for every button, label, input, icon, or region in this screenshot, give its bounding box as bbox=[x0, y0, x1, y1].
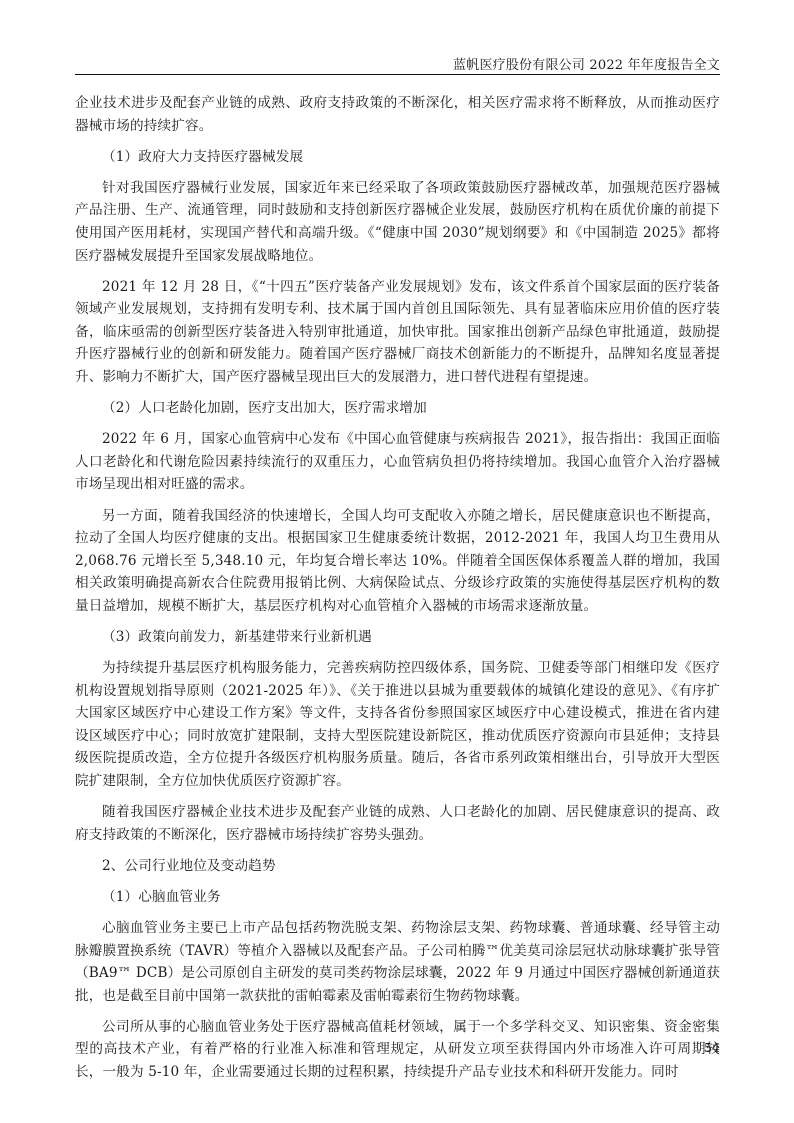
report-title: 蓝帆医疗股份有限公司 2022 年年度报告全文 bbox=[453, 54, 720, 73]
paragraph-continuation: 企业技术进步及配套产业链的成熟、政府支持政策的不断深化，相关医疗需求将不断释放，… bbox=[75, 92, 720, 137]
section-heading-aging-population: （2）人口老龄化加剧，医疗支出加大，医疗需求增加 bbox=[75, 397, 720, 420]
page-number: 54 bbox=[704, 1040, 720, 1055]
paragraph: 随着我国医疗器械企业技术进步及配套产业链的成熟、人口老龄化的加剧、居民健康意识的… bbox=[75, 801, 720, 846]
section-heading-industry-position: 2、公司行业地位及变动趋势 bbox=[75, 855, 720, 878]
paragraph: 另一方面，随着我国经济的快速增长，全国人均可支配收入亦随之增长，居民健康意识也不… bbox=[75, 505, 720, 618]
paragraph: 为持续提升基层医疗机构服务能力，完善疾病防控四级体系，国务院、卫健委等部门相继印… bbox=[75, 657, 720, 793]
paragraph: 2021 年 12 月 28 日，《“十四五”医疗装备产业发展规划》发布，该文件… bbox=[75, 276, 720, 389]
section-heading-cardiovascular-business: （1）心脑血管业务 bbox=[75, 886, 720, 909]
paragraph: 2022 年 6 月，国家心血管病中心发布《中国心血管健康与疾病报告 2021》… bbox=[75, 428, 720, 496]
paragraph: 针对我国医疗器械行业发展，国家近年来已经采取了各项政策鼓励医疗器械改革，加强规范… bbox=[75, 177, 720, 267]
section-heading-government-support: （1）政府大力支持医疗器械发展 bbox=[75, 146, 720, 169]
paragraph: 公司所从事的心脑血管业务处于医疗器械高值耗材领域，属于一个多学科交叉、知识密集、… bbox=[75, 1016, 720, 1084]
section-heading-policy-new-infrastructure: （3）政策向前发力，新基建带来行业新机遇 bbox=[75, 626, 720, 649]
paragraph: 心脑血管业务主要已上市产品包括药物洗脱支架、药物涂层支架、药物球囊、普通球囊、经… bbox=[75, 917, 720, 1007]
page-header: 蓝帆医疗股份有限公司 2022 年年度报告全文 bbox=[75, 52, 720, 75]
document-body: 企业技术进步及配套产业链的成熟、政府支持政策的不断深化，相关医疗需求将不断释放，… bbox=[75, 92, 720, 1092]
